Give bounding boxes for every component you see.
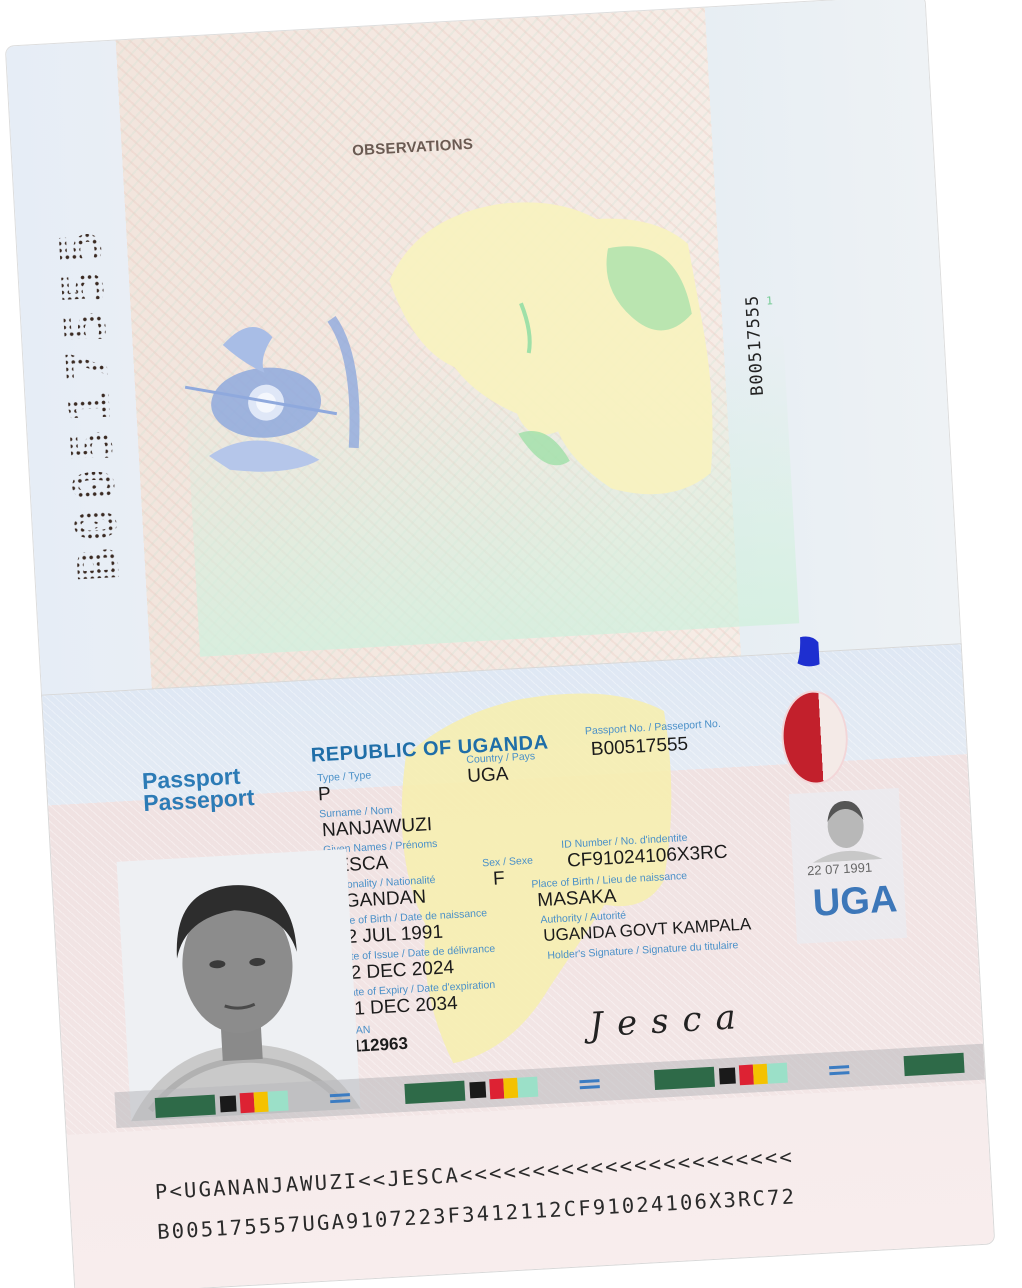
perforated-number: B00517555 — [44, 191, 137, 614]
ghost-date: 22 07 1991 — [807, 860, 873, 879]
document-title: Passport Passeport — [141, 764, 255, 814]
serial-number: B00517555 — [731, 264, 780, 426]
sex-value: F — [492, 868, 505, 891]
data-page: Passport Passeport REPUBLIC OF UGANDA Ty… — [42, 644, 994, 1288]
uganda-map-icon — [792, 634, 824, 672]
can-value: 112963 — [352, 1034, 409, 1057]
ghost-code: UGA — [812, 878, 899, 926]
coat-of-arms-icon — [161, 296, 392, 508]
passport-book: B00517555 OBSERVATIONS B00517555 1 — [6, 0, 994, 1288]
country-value: UGA — [467, 764, 509, 788]
ghost-image: 22 07 1991 UGA — [789, 788, 907, 944]
serial-mark: 1 — [766, 294, 773, 307]
ghost-portrait-icon — [789, 788, 903, 864]
document-title-fr: Passeport — [143, 786, 255, 814]
observations-page: B00517555 OBSERVATIONS B00517555 1 — [6, 0, 961, 696]
place-of-birth-value: MASAKA — [537, 886, 617, 912]
uganda-map-watermark — [355, 182, 743, 532]
type-value: P — [317, 784, 331, 807]
passport-scan: B00517555 OBSERVATIONS B00517555 1 — [0, 0, 1022, 1288]
